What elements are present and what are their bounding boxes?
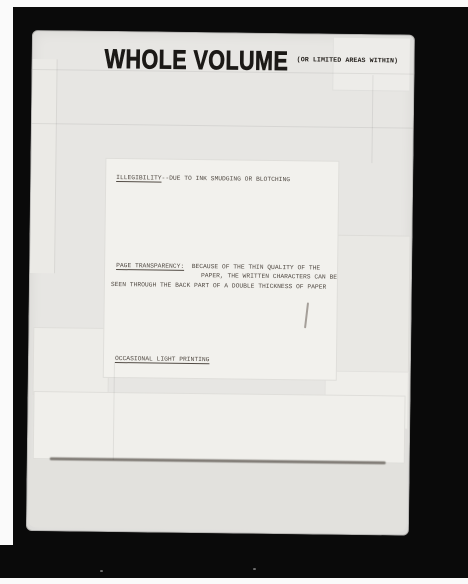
page-title: WHOLE VOLUME bbox=[104, 46, 288, 75]
paper-seam bbox=[32, 123, 413, 129]
paper-patch bbox=[327, 235, 411, 376]
paper-seam bbox=[371, 75, 373, 163]
page-subtitle: (OR LIMITED AREAS WITHIN) bbox=[297, 56, 399, 64]
note-light-printing-label: OCCASIONAL LIGHT PRINTING bbox=[115, 355, 210, 363]
microfilm-scan-frame: WHOLE VOLUME (OR LIMITED AREAS WITHIN) I… bbox=[0, 0, 468, 584]
target-page: WHOLE VOLUME (OR LIMITED AREAS WITHIN) I… bbox=[26, 30, 415, 536]
note-transparency-label: PAGE TRANSPARENCY: bbox=[116, 262, 184, 270]
note-illegibility-text: --DUE TO INK SMUDGING OR BLOTCHING bbox=[162, 175, 291, 184]
film-speck bbox=[253, 568, 256, 570]
film-edge-patch bbox=[0, 545, 13, 578]
note-illegibility-label: ILLEGIBILITY bbox=[116, 174, 161, 182]
paper-tape-strip bbox=[30, 59, 58, 273]
paper-patch bbox=[33, 327, 110, 396]
film-speck bbox=[100, 570, 103, 572]
pasted-strip bbox=[33, 391, 406, 464]
paper-bottom-strip bbox=[29, 459, 407, 532]
note-light-printing: OCCASIONAL LIGHT PRINTING bbox=[115, 354, 210, 365]
